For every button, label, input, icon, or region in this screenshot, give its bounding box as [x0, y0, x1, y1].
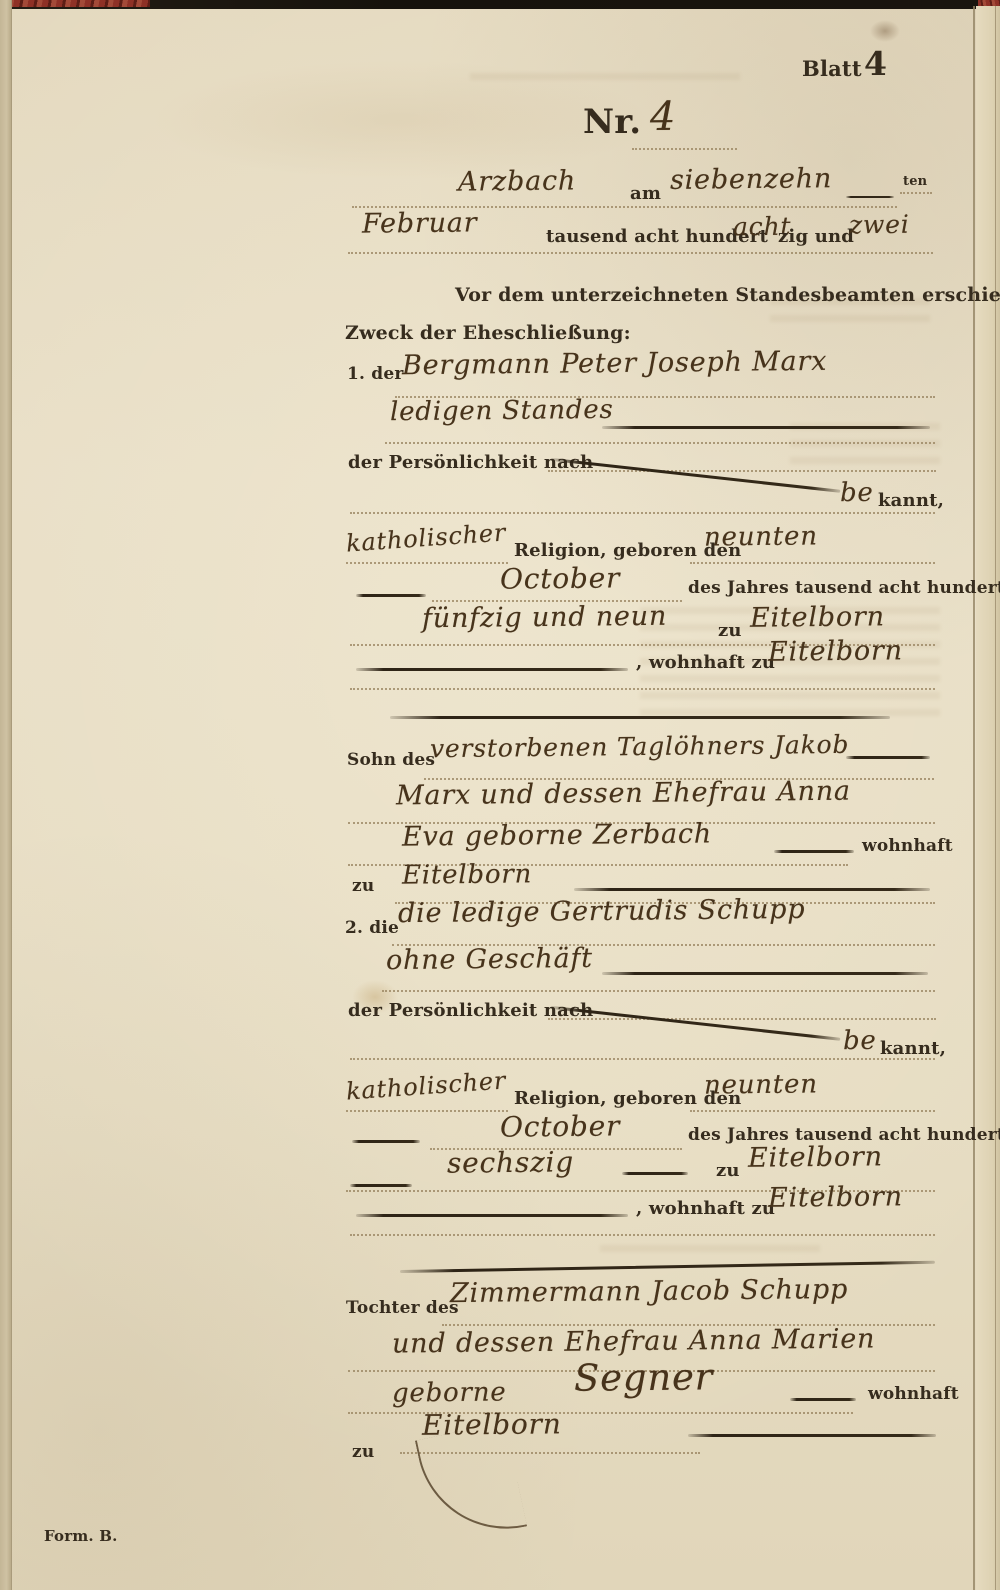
- groom-wohnhaft-label: wohnhaft: [862, 836, 953, 856]
- groom-parents-line3: Eva geborne Zerbach: [402, 820, 712, 851]
- bleed-through-text: [470, 66, 740, 90]
- ink-diagonal-stroke: [552, 1006, 841, 1041]
- ink-stroke: [356, 1214, 628, 1217]
- groom-zu2-label: zu: [352, 876, 374, 896]
- groom-birth-place: Eitelborn: [750, 602, 885, 633]
- ruled-dotted-line: [690, 1110, 935, 1112]
- bride-item-label: 2. die: [345, 918, 399, 938]
- bride-name: die ledige Gertrudis Schupp: [398, 896, 805, 927]
- groom-birth-month: October: [500, 562, 620, 595]
- ink-stroke: [352, 1140, 420, 1143]
- ink-flourish: [846, 196, 894, 198]
- groom-year-label: des Jahres tausend acht hundert: [688, 578, 1000, 598]
- ruled-dotted-line: [548, 470, 936, 472]
- ink-stroke: [356, 594, 426, 597]
- bride-birth-year: sechszig: [447, 1146, 574, 1179]
- nr-label-text: Nr.: [583, 102, 641, 142]
- bride-be: be: [843, 1026, 877, 1056]
- ruled-dotted-line: [900, 192, 932, 194]
- page-right-inner-line: [995, 6, 996, 1590]
- bride-lineage-label: Tochter des: [346, 1298, 459, 1318]
- blatt-number: 4: [864, 44, 887, 83]
- am-label: am: [630, 183, 661, 204]
- bride-zu-label: zu: [716, 1160, 740, 1181]
- ink-stroke: [356, 668, 628, 671]
- bride-residence: Eitelborn: [768, 1182, 903, 1213]
- groom-item-label: 1. der: [347, 364, 404, 384]
- intro-line1: Vor dem unterzeichneten Standesbeamten e…: [455, 284, 1000, 306]
- groom-name: Bergmann Peter Joseph Marx: [402, 348, 827, 379]
- intro-line2: Zweck der Eheschließung:: [345, 322, 631, 344]
- groom-parents-line1: verstorbenen Taglöhners Jakob: [430, 732, 849, 761]
- ruled-dotted-line: [382, 990, 935, 992]
- ruled-dotted-line: [350, 688, 935, 690]
- bride-status: ohne Geschäft: [386, 944, 593, 975]
- record-place: Arzbach: [458, 166, 576, 197]
- ruled-dotted-line: [346, 562, 508, 564]
- bride-wohnhaft-label: wohnhaft: [868, 1384, 959, 1404]
- ink-stroke: [602, 426, 930, 429]
- groom-birth-day: neunten: [704, 522, 818, 552]
- ink-stroke: [688, 1434, 936, 1437]
- bride-parents-line1: Zimmermann Jacob Schupp: [450, 1276, 848, 1307]
- ink-strike-line: [400, 1261, 935, 1273]
- groom-parents-line2: Marx und dessen Ehefrau Anna: [396, 778, 851, 809]
- ink-strike-line: [390, 716, 890, 719]
- ruled-dotted-line: [350, 512, 935, 514]
- groom-be: be: [840, 478, 874, 508]
- record-month: Februar: [362, 208, 477, 239]
- groom-parents-residence: Eitelborn: [402, 860, 532, 890]
- ruled-dotted-line: [690, 562, 935, 564]
- bride-birth-month: October: [500, 1110, 620, 1143]
- bride-kannt-label: kannt,: [880, 1038, 946, 1059]
- year-mid-label: zig und: [778, 226, 854, 247]
- bleed-through-text: [600, 1236, 820, 1262]
- paper-speck: [870, 20, 900, 42]
- ink-stroke: [846, 756, 930, 759]
- bride-wohnhaft-zu-label: , wohnhaft zu: [636, 1198, 775, 1219]
- next-page-edge: [976, 6, 1000, 1590]
- ink-stroke: [602, 972, 928, 975]
- ordinal-suffix: ten: [903, 170, 927, 189]
- groom-birth-year: fünfzig und neun: [422, 602, 667, 633]
- ruled-dotted-line: [350, 1058, 935, 1060]
- year-ones: zwei: [849, 210, 910, 239]
- paper-stain: [150, 60, 650, 180]
- ink-stroke: [350, 1184, 412, 1187]
- ink-stroke: [790, 1398, 856, 1401]
- bride-parents-line2: und dessen Ehefrau Anna Marien: [392, 1326, 875, 1357]
- groom-lineage-label: Sohn des: [347, 750, 435, 770]
- binding-top-edge: [0, 0, 1000, 9]
- groom-religion: katholischer: [346, 524, 506, 552]
- nr-value: 4: [650, 94, 676, 140]
- bride-birth-day: neunten: [704, 1070, 818, 1100]
- ink-stroke: [622, 1172, 688, 1175]
- groom-kannt-label: kannt,: [878, 490, 944, 511]
- form-label: Form. B.: [44, 1526, 118, 1545]
- groom-wohnhaft-zu-label: , wohnhaft zu: [636, 652, 775, 673]
- blatt-label-text: Blatt: [802, 56, 862, 81]
- nr-label: Nr.: [583, 102, 641, 142]
- page-right-edge-line: [973, 6, 977, 1590]
- ruled-dotted-line: [346, 1110, 508, 1112]
- groom-status: ledigen Standes: [390, 396, 614, 426]
- blatt-label: Blatt: [802, 56, 862, 81]
- bride-birth-place: Eitelborn: [748, 1142, 883, 1173]
- ruled-dotted-line: [548, 1018, 936, 1020]
- blatt-number-text: 4: [864, 44, 887, 83]
- nr-value-text: 4: [650, 94, 677, 140]
- bride-religion: katholischer: [346, 1072, 506, 1100]
- bride-zu2-label: zu: [352, 1442, 374, 1462]
- ruled-dotted-line: [632, 148, 737, 150]
- page-left-edge: [0, 0, 12, 1590]
- record-day: siebenzehn: [670, 164, 832, 195]
- bride-parents-line3-geborne: geborne: [392, 1378, 507, 1408]
- ink-stroke: [574, 888, 930, 891]
- ruled-dotted-line: [385, 442, 935, 444]
- ruled-dotted-line: [350, 1234, 935, 1236]
- ink-diagonal-stroke: [552, 458, 841, 493]
- marbled-cover-edge-left: [0, 0, 150, 7]
- groom-zu-label: zu: [718, 620, 742, 641]
- ruled-dotted-line: [348, 252, 933, 254]
- groom-residence: Eitelborn: [768, 636, 903, 667]
- bride-parents-line3-surname: Segner: [574, 1356, 713, 1399]
- ink-stroke: [774, 850, 854, 853]
